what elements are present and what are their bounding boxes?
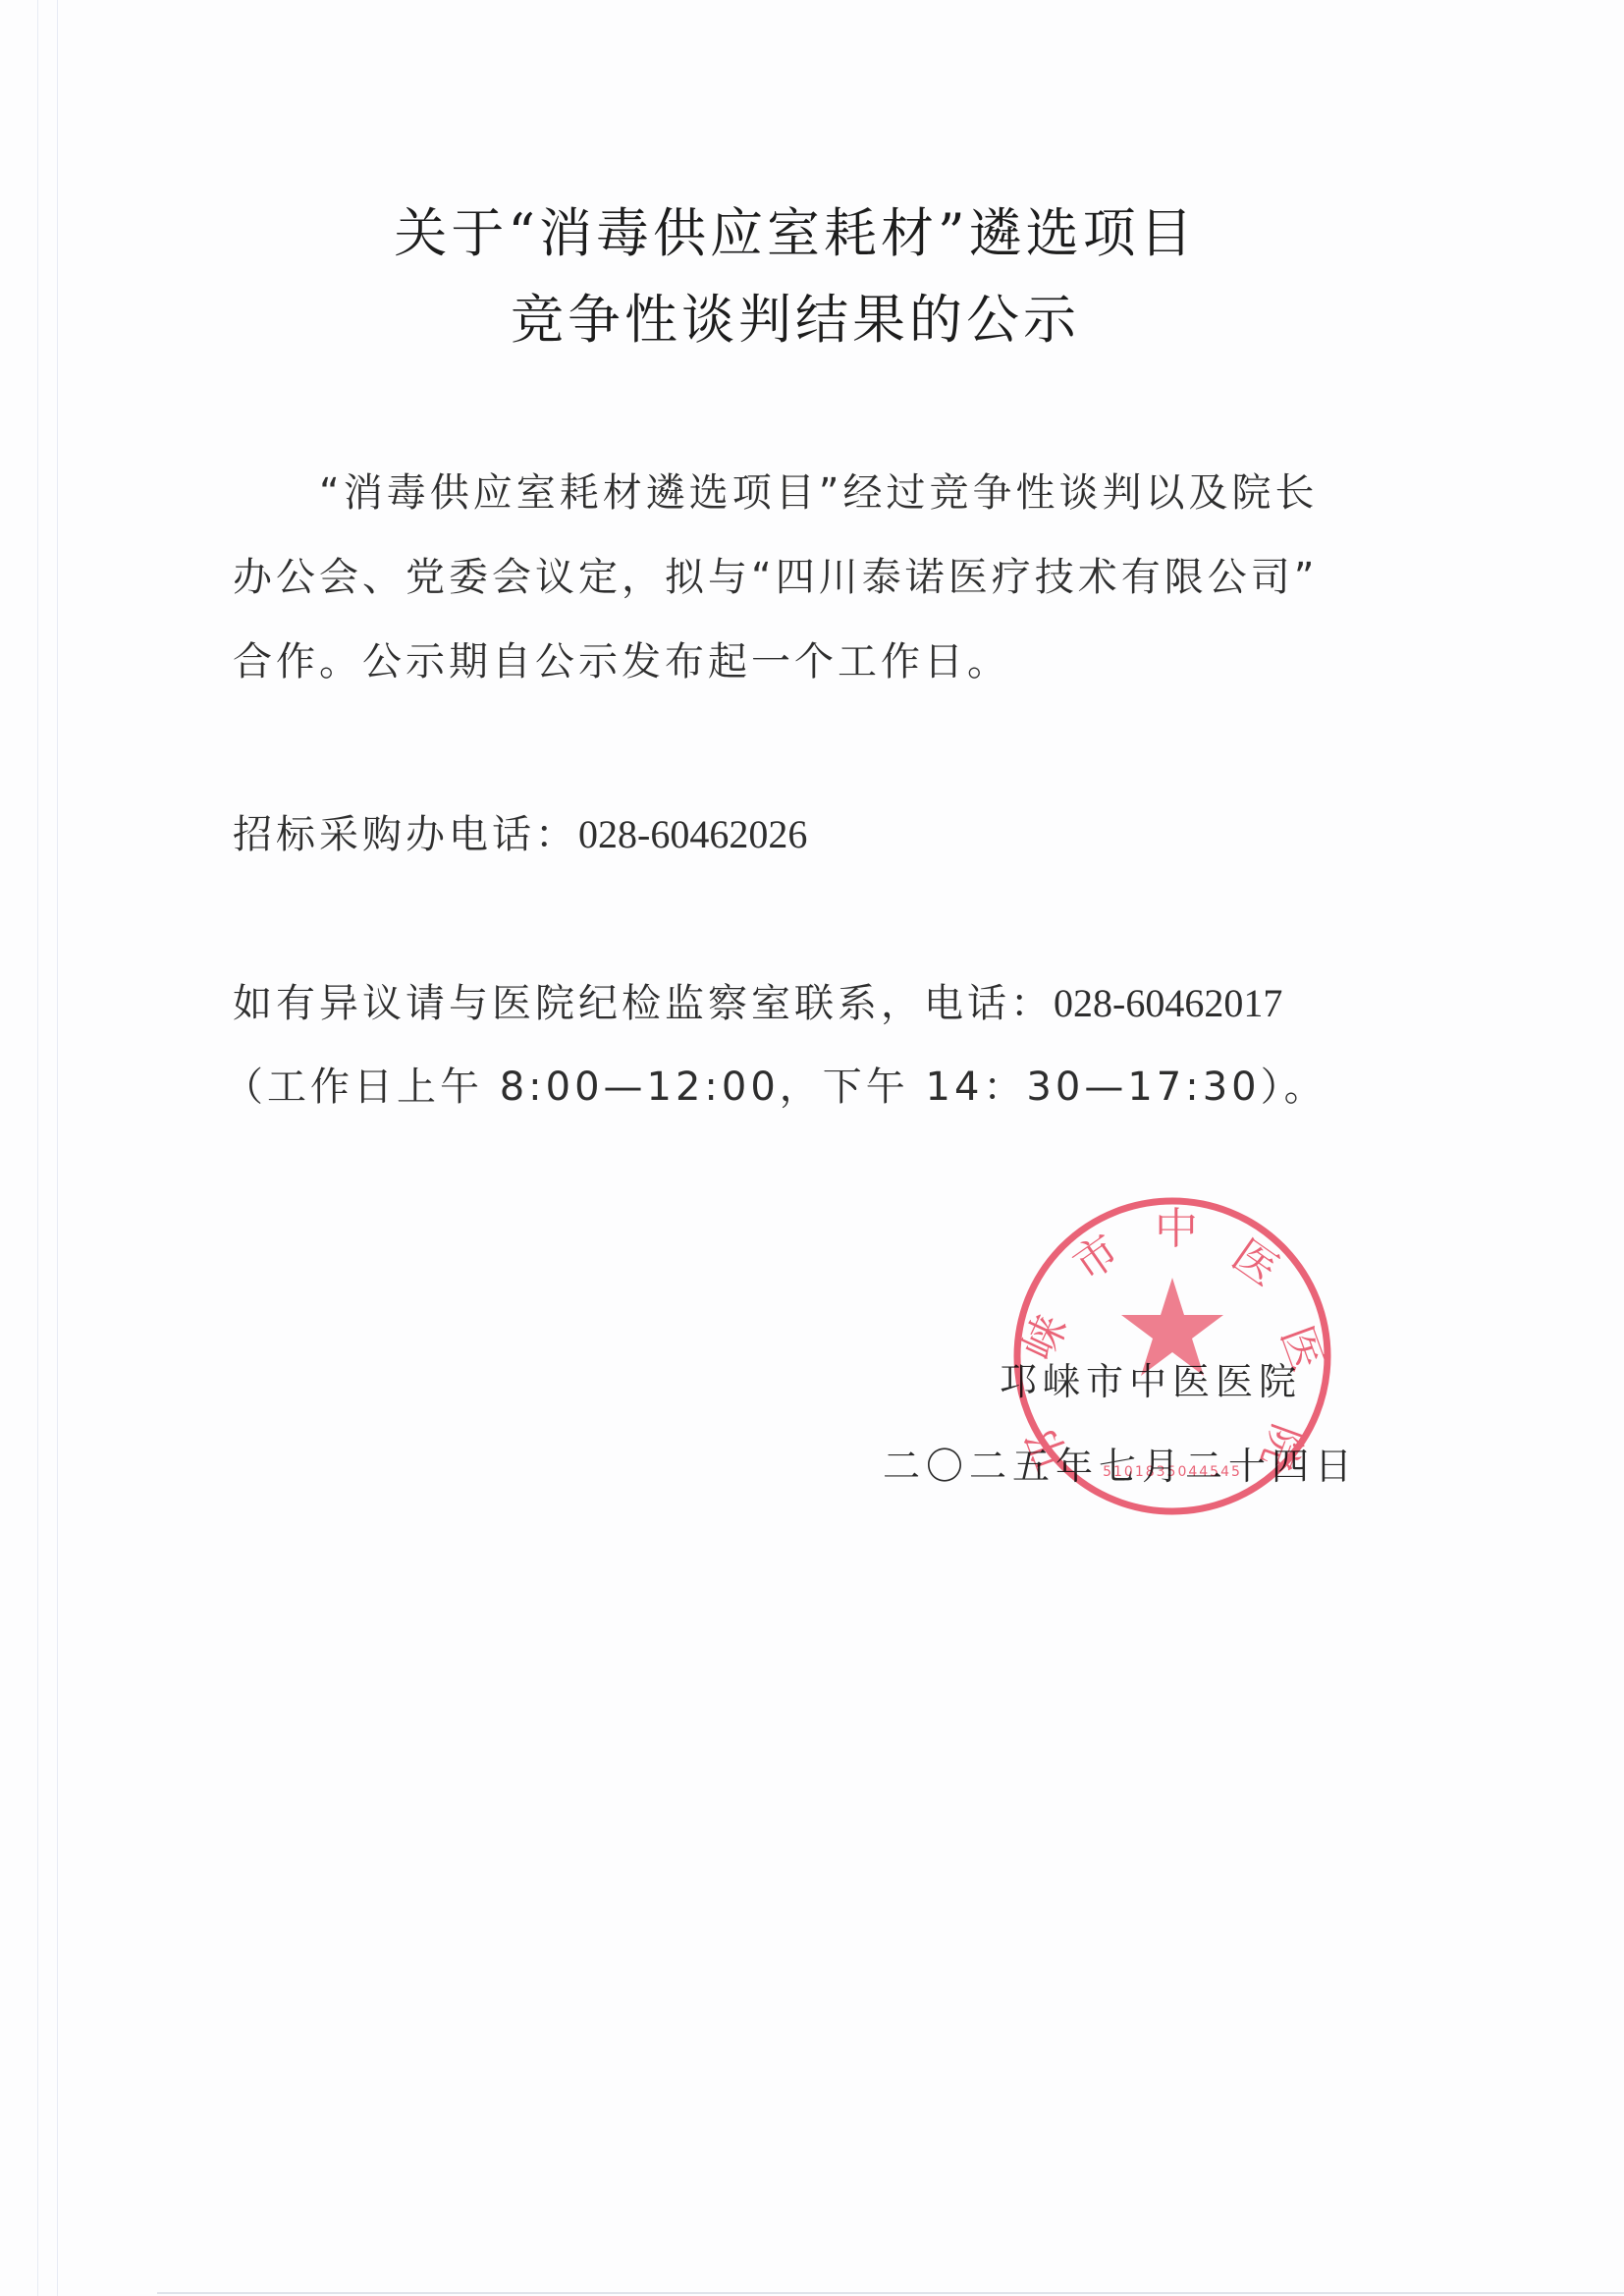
objection-contact-line: 如有异议请与医院纪检监察室联系，电话：028-60462017 (233, 980, 1282, 1027)
seal-char-3: 市 (1064, 1226, 1128, 1291)
document-title-line-2: 竞争性谈判结果的公示 (0, 291, 1591, 350)
procurement-phone: 028-60462026 (578, 812, 807, 856)
seal-char-5: 医 (1223, 1230, 1287, 1296)
scan-artifact-edge (157, 2292, 1624, 2294)
paragraph-1-line-2: 办公会、党委会议定，拟与“四川泰诺医疗技术有限公司” (233, 554, 1318, 601)
seal-char-4: 中 (1155, 1204, 1198, 1254)
paragraph-1-line-1: “消毒供应室耗材遴选项目”经过竞争性谈判以及院长 (319, 469, 1318, 517)
signature-organization: 邛崃市中医医院 (1000, 1359, 1302, 1404)
procurement-contact-label: 招标采购办电话： (233, 812, 578, 857)
paragraph-1-line-3: 合作。公示期自公示发布起一个工作日。 (233, 638, 1010, 685)
office-hours-line: （工作日上午 8:00—12:00，下午 14：30—17:30）。 (224, 1064, 1327, 1111)
objection-contact-label: 如有异议请与医院纪检监察室联系，电话： (233, 981, 1054, 1026)
document-title-line-1: 关于“消毒供应室耗材”遴选项目 (0, 204, 1591, 263)
signature-date: 二〇二五年七月二十四日 (883, 1444, 1358, 1489)
procurement-contact-line: 招标采购办电话：028-60462026 (233, 811, 807, 858)
objection-phone: 028-60462017 (1054, 981, 1282, 1025)
